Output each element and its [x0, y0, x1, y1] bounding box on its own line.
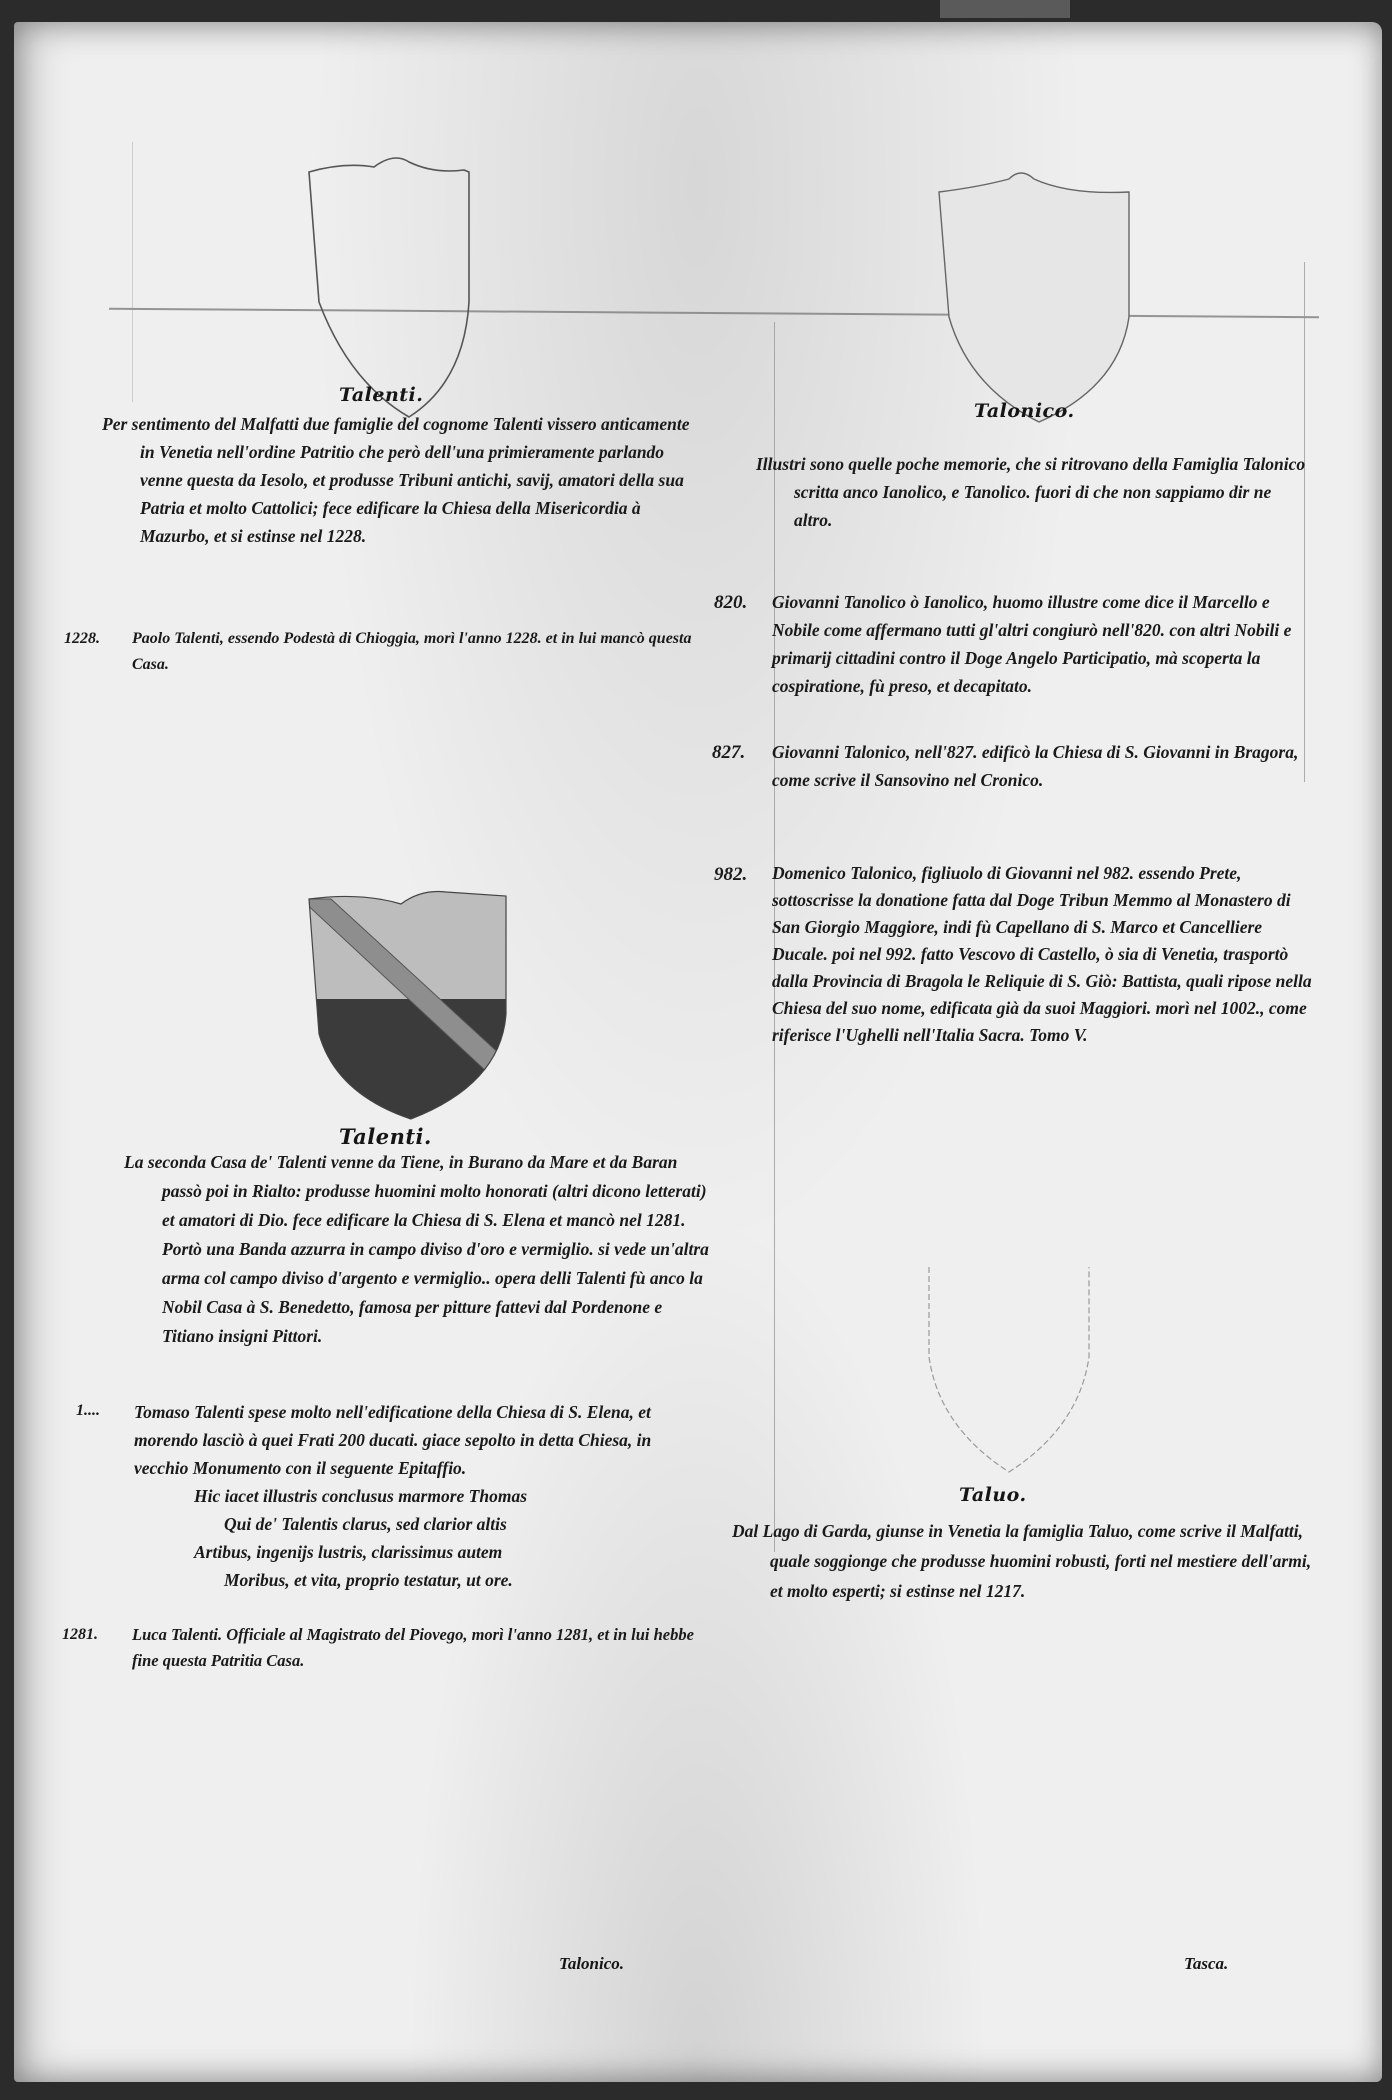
margin-date-827: 827. — [712, 742, 745, 764]
entry-domenico-talonico: Domenico Talonico, figliuolo di Giovanni… — [772, 860, 1312, 1049]
shield-base — [301, 999, 531, 1124]
catchword-talonico: Talonico. — [559, 1954, 624, 1974]
entry-giovanni-talonico: Giovanni Talonico, nell'827. edificò la … — [772, 738, 1312, 794]
paragraph-talenti-first-family: Per sentimento del Malfatti due famiglie… — [102, 410, 697, 550]
catchword-tasca: Tasca. — [1184, 1954, 1228, 1974]
manuscript-page: Talenti. Talonico. Per sentimento del Ma… — [14, 22, 1382, 2082]
entry-luca-talenti: Luca Talenti. Officiale al Magistrato de… — [132, 1622, 697, 1674]
paragraph-talenti-second-family: La seconda Casa de' Talenti venne da Tie… — [124, 1148, 714, 1351]
left-margin-line — [132, 142, 133, 402]
entry-paolo-talenti: Paolo Talenti, essendo Podestà di Chiogg… — [132, 626, 712, 678]
margin-date-tomaso: 1.... — [76, 1402, 100, 1420]
epitaph: Hic iacet illustris conclusus marmore Th… — [134, 1482, 699, 1594]
margin-date-820: 820. — [714, 592, 747, 614]
page-tab — [940, 0, 1070, 18]
margin-date-1281: 1281. — [62, 1626, 98, 1644]
empty-shield-outline-talenti — [299, 152, 529, 422]
entry-giovanni-tanolico: Giovanni Tanolico ò Ianolico, huomo illu… — [772, 588, 1312, 700]
empty-shield-outline-taluo — [909, 1247, 1109, 1477]
heading-talenti-2: Talenti. — [339, 1124, 432, 1149]
heading-talonico: Talonico. — [974, 400, 1075, 422]
entry-tomaso-talenti: Tomaso Talenti spese molto nell'edificat… — [134, 1398, 699, 1594]
empty-shield-outline-talonico — [929, 167, 1169, 427]
heading-taluo: Taluo. — [959, 1484, 1027, 1506]
paragraph-talonico-intro: Illustri sono quelle poche memorie, che … — [756, 450, 1311, 534]
margin-date-982: 982. — [714, 864, 747, 886]
paragraph-taluo: Dal Lago di Garda, giunse in Venetia la … — [732, 1516, 1312, 1606]
scan-background-top-left — [0, 0, 255, 22]
margin-date-1228: 1228. — [64, 630, 100, 648]
heading-talenti-1: Talenti. — [339, 384, 423, 406]
coat-of-arms-talenti — [301, 884, 531, 1124]
